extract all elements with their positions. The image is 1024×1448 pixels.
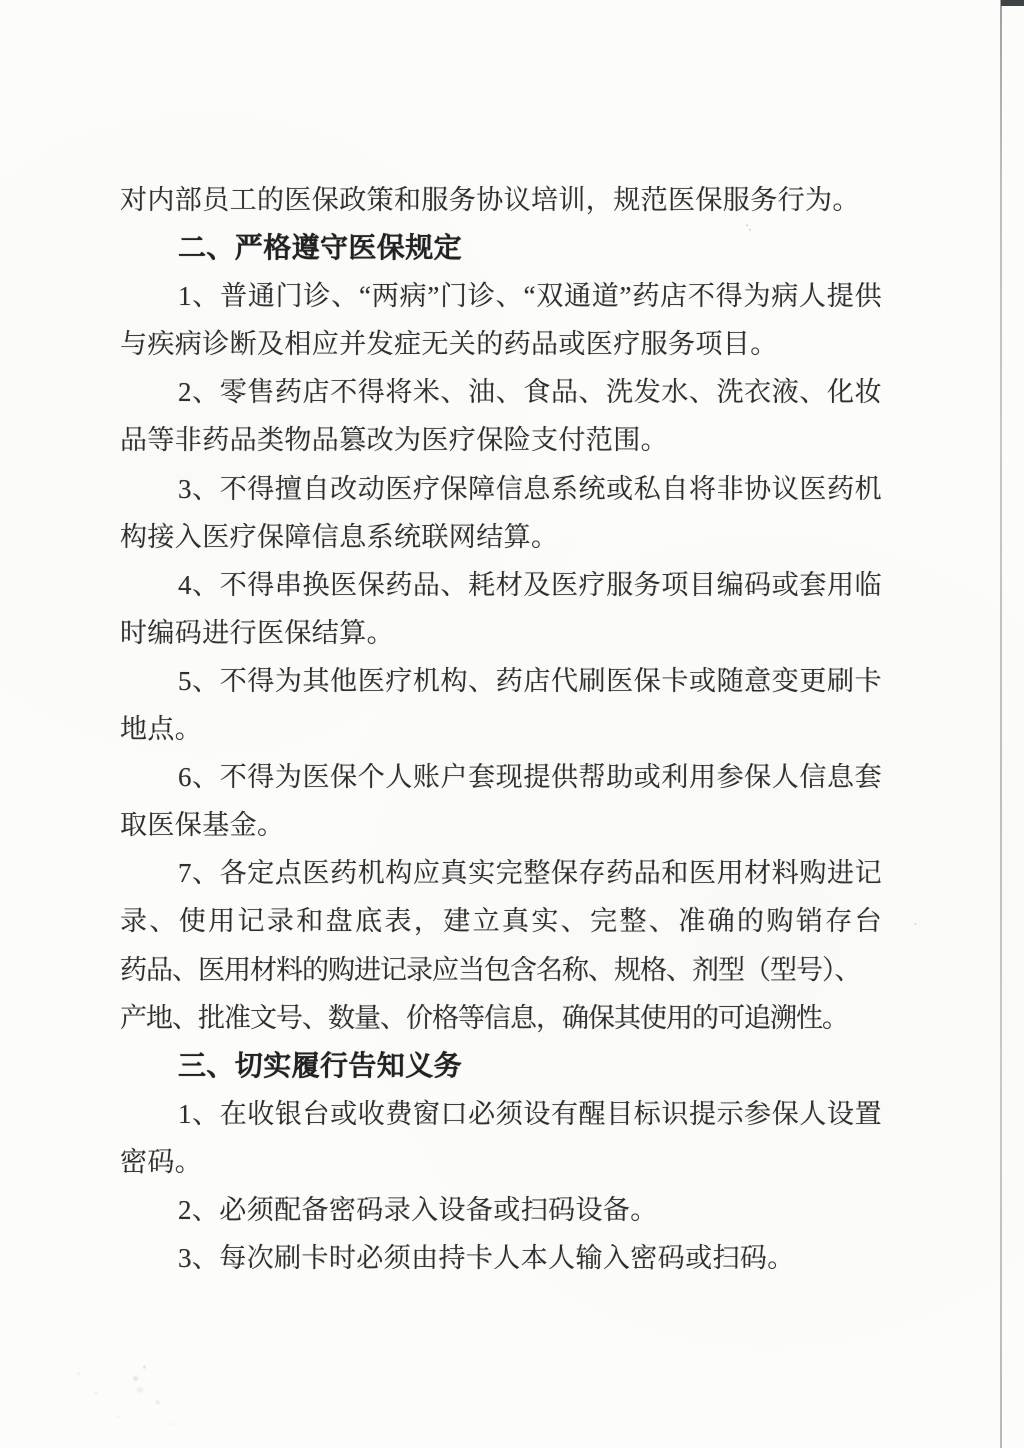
document-line: 地点。: [120, 705, 882, 753]
scanned-document-page: 对内部员工的医保政策和服务协议培训，规范医保服务行为。二、严格遵守医保规定1、普…: [0, 0, 1024, 1448]
document-line: 1、普通门诊、“两病”门诊、“双通道”药店不得为病人提供: [120, 272, 882, 320]
document-line: 取医保基金。: [120, 801, 882, 849]
document-line: 1、在收银台或收费窗口必须设有醒目标识提示参保人设置: [120, 1090, 882, 1138]
document-line: 2、零售药店不得将米、油、食品、洗发水、洗衣液、化妆: [120, 368, 882, 416]
document-line: 药品、医用材料的购进记录应当包含名称、规格、剂型（型号）、: [120, 946, 882, 994]
document-body: 对内部员工的医保政策和服务协议培训，规范医保服务行为。二、严格遵守医保规定1、普…: [120, 176, 882, 1282]
document-line: 品等非药品类物品篡改为医疗保险支付范围。: [120, 416, 882, 464]
document-line: 产地、批准文号、数量、价格等信息，确保其使用的可追溯性。: [120, 994, 882, 1042]
document-line: 对内部员工的医保政策和服务协议培训，规范医保服务行为。: [120, 176, 882, 224]
document-line: 4、不得串换医保药品、耗材及医疗服务项目编码或套用临: [120, 561, 882, 609]
document-line: 6、不得为医保个人账户套现提供帮助或利用参保人信息套: [120, 753, 882, 801]
document-line: 时编码进行医保结算。: [120, 609, 882, 657]
scan-edge-line: [1000, 0, 1002, 1448]
document-line: 2、必须配备密码录入设备或扫码设备。: [120, 1186, 882, 1234]
document-line: 5、不得为其他医疗机构、药店代刷医保卡或随意变更刷卡: [120, 657, 882, 705]
scan-smudge: [30, 1350, 250, 1445]
document-line: 与疾病诊断及相应并发症无关的药品或医疗服务项目。: [120, 320, 882, 368]
document-line: 3、不得擅自改动医疗保障信息系统或私自将非协议医药机·: [120, 465, 882, 513]
document-line: 7、各定点医药机构应真实完整保存药品和医用材料购进记: [120, 849, 882, 897]
document-line: 三、切实履行告知义务: [120, 1042, 882, 1090]
document-line: 录、使用记录和盘底表，建立真实、完整、准确的购销存台账，: [120, 897, 882, 945]
document-line: 密码。: [120, 1138, 882, 1186]
scan-corner-mark: [1001, 0, 1024, 6]
document-line: 3、每次刷卡时必须由持卡人本人输入密码或扫码。: [120, 1234, 882, 1282]
scan-speck: [912, 920, 919, 928]
document-line: 二、严格遵守医保规定: [120, 224, 882, 272]
document-line: 构接入医疗保障信息系统联网结算。: [120, 513, 882, 561]
